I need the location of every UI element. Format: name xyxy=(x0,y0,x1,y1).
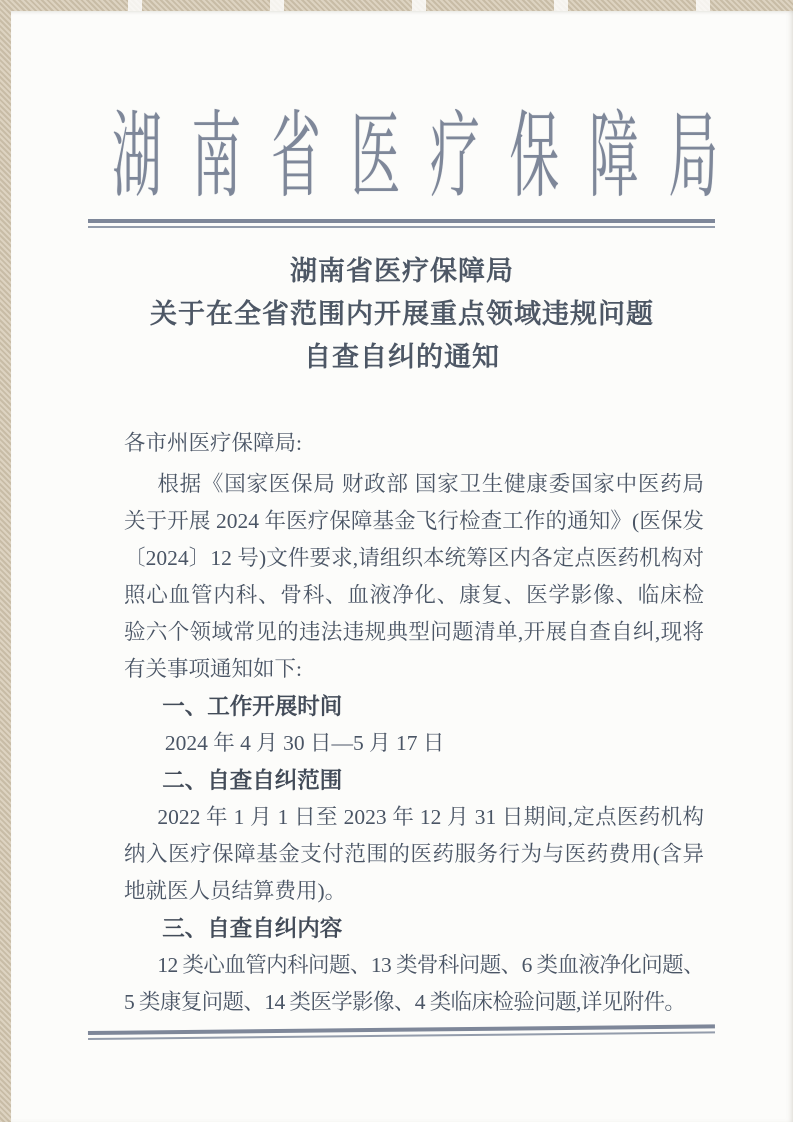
notice-title-line-3: 自查自纠的通知 xyxy=(11,336,793,379)
section-3-body: 12 类心血管内科问题、13 类骨科问题、6 类血液净化问题、5 类康复问题、1… xyxy=(124,947,704,1021)
letterhead-divider xyxy=(88,219,715,228)
photo-backdrop: 湖南省医疗保障局 湖南省医疗保障局 关于在全省范围内开展重点领域违规问题 自查自… xyxy=(0,0,793,1122)
notice-body: 各市州医疗保障局: 根据《国家医保局 财政部 国家卫生健康委国家中医药局关于开展… xyxy=(124,425,704,1021)
footer-divider xyxy=(88,1024,715,1040)
section-2-body: 2022 年 1 月 1 日至 2023 年 12 月 31 日期间,定点医药机… xyxy=(124,799,704,910)
notice-title: 湖南省医疗保障局 关于在全省范围内开展重点领域违规问题 自查自纠的通知 xyxy=(11,250,793,379)
letterhead-agency-name: 湖南省医疗保障局 xyxy=(112,110,748,204)
intro-paragraph: 根据《国家医保局 财政部 国家卫生健康委国家中医药局关于开展 2024 年医疗保… xyxy=(124,466,704,688)
section-1-body: 2024 年 4 月 30 日—5 月 17 日 xyxy=(124,725,704,762)
document-page: 湖南省医疗保障局 湖南省医疗保障局 关于在全省范围内开展重点领域违规问题 自查自… xyxy=(11,11,793,1122)
letterhead-divider-thick-line xyxy=(88,219,715,223)
notice-title-line-1: 湖南省医疗保障局 xyxy=(11,250,793,293)
letterhead: 湖南省医疗保障局 xyxy=(11,103,793,211)
notice-title-line-2: 关于在全省范围内开展重点领域违规问题 xyxy=(11,293,793,336)
salutation: 各市州医疗保障局: xyxy=(124,425,704,462)
section-1-heading: 一、工作开展时间 xyxy=(124,688,704,725)
section-3-heading: 三、自查自纠内容 xyxy=(124,910,704,947)
section-2-heading: 二、自查自纠范围 xyxy=(124,762,704,799)
letterhead-divider-thin-line xyxy=(88,226,715,228)
